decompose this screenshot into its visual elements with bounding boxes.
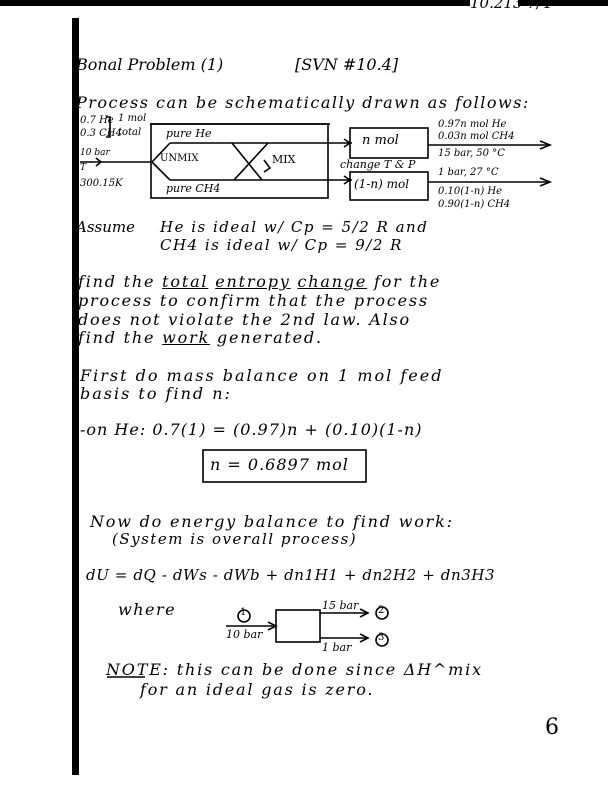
task-text: generated. bbox=[210, 328, 323, 347]
mix-label: MIX bbox=[272, 153, 295, 166]
task-text: find the bbox=[78, 272, 162, 291]
note-line-1: NOTE: this can be done since ΔH^mix bbox=[106, 660, 483, 679]
task-line-3: does not violate the 2nd law. Also bbox=[78, 310, 411, 329]
stream-2-pressure: 15 bar bbox=[322, 599, 358, 612]
stream-3-label: 3 bbox=[378, 632, 384, 643]
feed-condition-p: 10 bar bbox=[80, 148, 110, 158]
feed-label-he: 0.7 He bbox=[80, 115, 114, 126]
feed-label-ch4: 0.3 CH4 bbox=[80, 128, 122, 139]
feed-total-1: 1 mol bbox=[118, 113, 146, 124]
task-line-2: process to confirm that the process bbox=[78, 291, 429, 310]
task-change: change bbox=[297, 272, 367, 291]
note-text: this can be done since ΔH^mix bbox=[170, 660, 483, 679]
energy-balance-line-2: (System is overall process) bbox=[112, 530, 357, 548]
assume-line-2: CH4 is ideal w/ Cp = 9/2 R bbox=[160, 236, 403, 254]
mass-balance-line-1: First do mass balance on 1 mol feed bbox=[80, 366, 443, 385]
box-bottom-label: (1-n) mol bbox=[354, 177, 409, 191]
feed-condition-t: T bbox=[80, 163, 86, 173]
stream-1-pressure: 10 bar bbox=[226, 628, 262, 641]
stream-2-label: 2 bbox=[378, 605, 384, 616]
task-work: work bbox=[162, 328, 210, 347]
out-bottom-conditions: 1 bar, 27 °C bbox=[438, 167, 499, 178]
change-tp-label: change T & P bbox=[340, 158, 415, 171]
assume-line-1: He is ideal w/ Cp = 5/2 R and bbox=[160, 218, 428, 236]
where-label: where bbox=[118, 600, 176, 619]
energy-balance-equation: dU = dQ - dWs - dWb + dn1H1 + dn2H2 + dn… bbox=[86, 566, 495, 584]
task-line-4: find the work generated. bbox=[78, 328, 323, 347]
task-total: total bbox=[162, 272, 208, 291]
top-stream-label: pure He bbox=[166, 127, 212, 140]
out-top-ch4: 0.03n mol CH4 bbox=[438, 131, 515, 142]
mass-balance-equation: -on He: 0.7(1) = (0.97)n + (0.10)(1-n) bbox=[80, 420, 423, 439]
stream-3-pressure: 1 bar bbox=[322, 641, 351, 654]
energy-balance-line-1: Now do energy balance to find work: bbox=[90, 512, 454, 531]
task-text: for the bbox=[367, 272, 441, 291]
bottom-stream-label: pure CH4 bbox=[166, 182, 220, 195]
out-bottom-he: 0.10(1-n) He bbox=[438, 186, 502, 197]
page-number: 6 bbox=[545, 715, 559, 740]
task-text: find the bbox=[78, 328, 162, 347]
task-entropy: entropy bbox=[215, 272, 290, 291]
mass-balance-result: n = 0.6897 mol bbox=[210, 455, 349, 474]
out-top-he: 0.97n mol He bbox=[438, 119, 506, 130]
out-top-conditions: 15 bar, 50 °C bbox=[438, 148, 505, 159]
note-line-2: for an ideal gas is zero. bbox=[140, 680, 374, 699]
box-top-label: n mol bbox=[362, 133, 399, 148]
note-label: NOTE: bbox=[106, 660, 170, 679]
feed-total-2: total bbox=[118, 127, 141, 138]
feed-condition-temp: 300.15K bbox=[80, 178, 122, 189]
unmix-label: UNMIX bbox=[160, 153, 199, 164]
task-line-1: find the total entropy change for the bbox=[78, 272, 441, 291]
stream-1-label: 1 bbox=[240, 607, 246, 618]
assume-label: Assume bbox=[76, 218, 135, 236]
out-bottom-ch4: 0.90(1-n) CH4 bbox=[438, 199, 510, 210]
mass-balance-line-2: basis to find n: bbox=[80, 384, 232, 403]
